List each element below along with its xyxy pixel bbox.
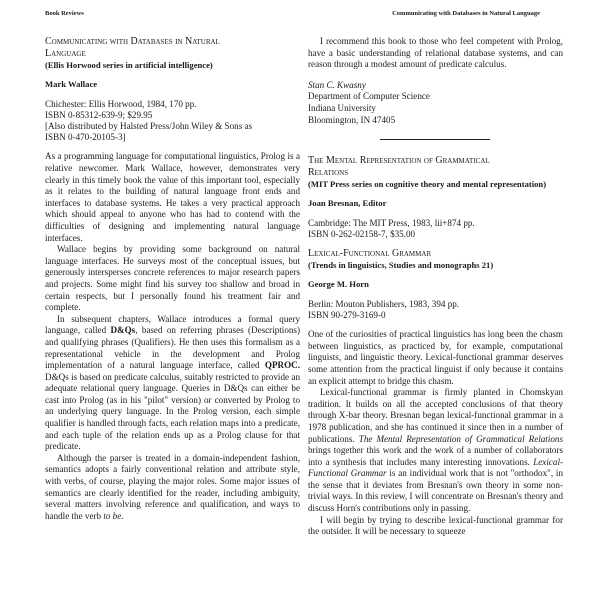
running-head-left: Book Reviews — [45, 10, 84, 17]
pub-line: Cambridge: The MIT Press, 1983, lii+874 … — [308, 218, 563, 229]
reviewer-univ: Indiana University — [308, 103, 563, 115]
review2-book1-publication-info: Cambridge: The MIT Press, 1983, lii+874 … — [308, 218, 563, 240]
text-run: D&Qs is based on predicate calculus, sui… — [45, 372, 300, 452]
title-line: Communicating with Databases in Natural — [45, 36, 300, 48]
pub-line: ISBN 0-85312-639-9; $29.95 — [45, 110, 300, 121]
review1-publication-info: Chichester: Ellis Horwood, 1984, 170 pp.… — [45, 99, 300, 144]
review2-paragraph-1: One of the curiosities of practical ling… — [308, 329, 563, 387]
pub-line: ISBN 0-262-02158-7, $35.00 — [308, 229, 563, 240]
title-line: The Mental Representation of Grammatical — [308, 155, 563, 167]
pub-line: [Also distributed by Halsted Press/John … — [45, 121, 300, 132]
review2-paragraph-2: Lexical-functional grammar is firmly pla… — [308, 387, 563, 515]
review2-paragraph-3: I will begin by trying to describe lexic… — [308, 515, 563, 538]
left-column: Communicating with Databases in Natural … — [45, 36, 300, 522]
review1-paragraph-4: Although the parser is treated in a doma… — [45, 453, 300, 523]
pub-line: ISBN 0-470-20105-3] — [45, 132, 300, 143]
pub-line: ISBN 90-279-3169-0 — [308, 310, 563, 321]
review2-book2-author: George M. Horn — [308, 279, 563, 291]
bold-term: QPROC. — [265, 360, 300, 370]
review2-book2-series: (Trends in linguistics, Studies and mono… — [308, 260, 563, 271]
review1-paragraph-1: As a programming language for computatio… — [45, 151, 300, 244]
review1-paragraph-2: Wallace begins by providing some backgro… — [45, 244, 300, 314]
section-divider — [380, 139, 490, 140]
right-column: I recommend this book to those who feel … — [308, 36, 563, 538]
italic-title: The Mental Representation of Grammatical… — [359, 434, 563, 444]
pub-line: Berlin: Mouton Publishers, 1983, 394 pp. — [308, 299, 563, 310]
text-run: Although the parser is treated in a doma… — [45, 453, 300, 521]
reviewer-city: Bloomington, IN 47405 — [308, 115, 563, 127]
italic-term: to be. — [103, 511, 123, 521]
reviewer-name: Stan C. Kwasny — [308, 80, 563, 92]
review2-book1-title: The Mental Representation of Grammatical… — [308, 155, 563, 179]
text-run: brings together this work and the work o… — [308, 445, 563, 467]
bold-term: D&Qs — [110, 325, 135, 335]
review2-book2-title: Lexical-Functional Grammar — [308, 248, 563, 260]
title-line: Relations — [308, 167, 563, 179]
review1-conclusion: I recommend this book to those who feel … — [308, 36, 563, 71]
pub-line: Chichester: Ellis Horwood, 1984, 170 pp. — [45, 99, 300, 110]
review2-book1-author: Joan Bresnan, Editor — [308, 198, 563, 210]
running-head-right: Communicating with Databases in Natural … — [392, 10, 540, 17]
review1-title: Communicating with Databases in Natural … — [45, 36, 300, 60]
review1-author: Mark Wallace — [45, 79, 300, 91]
review2-book1-series: (MIT Press series on cognitive theory an… — [308, 179, 563, 190]
reviewer-dept: Department of Computer Science — [308, 91, 563, 103]
title-line: Language — [45, 48, 300, 60]
review2-book2-publication-info: Berlin: Mouton Publishers, 1983, 394 pp.… — [308, 299, 563, 321]
review1-paragraph-3: In subsequent chapters, Wallace introduc… — [45, 314, 300, 453]
review1-series: (Ellis Horwood series in artificial inte… — [45, 60, 300, 71]
